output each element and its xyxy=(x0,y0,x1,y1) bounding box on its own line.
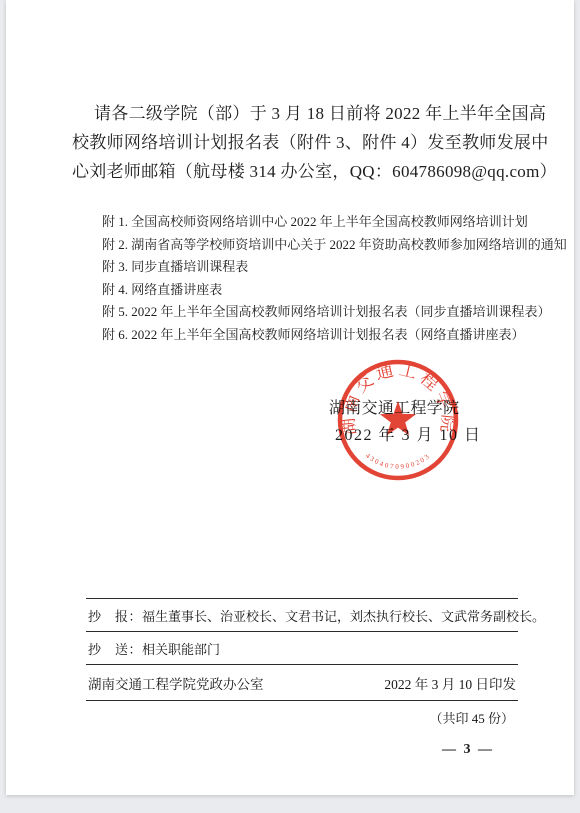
page-number: — 3 — xyxy=(442,742,494,758)
copy-report-label: 抄 报： xyxy=(88,609,142,624)
paragraph-line: 心刘老师邮箱（航母楼 314 办公室，QQ：604786098@qq.com） xyxy=(72,157,528,186)
attachment-item: 附 4. 网络直播讲座表 xyxy=(102,279,522,302)
document-page: 请各二级学院（部）于 3 月 18 日前将 2022 年上半年全国高 校教师网络… xyxy=(6,0,574,795)
official-seal-stamp-icon: 湖南交通工程学院 4304070900203 xyxy=(330,352,466,488)
attachment-item: 附 3. 同步直播培训课程表 xyxy=(102,256,522,279)
document-footer: 抄 报：福生董事长、治亚校长、文君书记，刘杰执行校长、文武常务副校长。 抄 送：… xyxy=(86,598,518,727)
attachment-item: 附 1. 全国高校师资网络培训中心 2022 年上半年全国高校教师网络培训计划 xyxy=(102,211,522,234)
copy-send-row: 抄 送：相关职能部门 xyxy=(86,631,518,664)
attachment-item: 附 2. 湖南省高等学校师资培训中心关于 2022 年资助高校教师参加网络培训的… xyxy=(102,234,522,257)
attachment-item: 附 5. 2022 年上半年全国高校教师网络培训计划报名表（同步直播培训课程表） xyxy=(102,301,522,324)
seal-star-icon xyxy=(380,401,416,435)
issuer-row: 湖南交通工程学院党政办公室 2022 年 3 月 10 日印发 xyxy=(86,664,518,700)
copy-report-value: 福生董事长、治亚校长、文君书记，刘杰执行校长、文武常务副校长。 xyxy=(142,609,545,624)
attachment-item: 附 6. 2022 年上半年全国高校教师网络培训计划报名表（网络直播讲座表） xyxy=(102,324,522,347)
copy-send-value: 相关职能部门 xyxy=(142,642,220,657)
issuing-office: 湖南交通工程学院党政办公室 xyxy=(88,673,264,693)
print-count-row: （共印 45 份） xyxy=(86,700,518,727)
paragraph-line: 请各二级学院（部）于 3 月 18 日前将 2022 年上半年全国高 xyxy=(72,99,528,128)
document-viewer: 请各二级学院（部）于 3 月 18 日前将 2022 年上半年全国高 校教师网络… xyxy=(0,0,580,813)
main-paragraph: 请各二级学院（部）于 3 月 18 日前将 2022 年上半年全国高 校教师网络… xyxy=(72,99,528,186)
copy-report-row: 抄 报：福生董事长、治亚校长、文君书记，刘杰执行校长、文武常务副校长。 xyxy=(86,598,518,631)
paragraph-line: 校教师网络培训计划报名表（附件 3、附件 4）发至教师发展中 xyxy=(72,128,528,157)
print-count: （共印 45 份） xyxy=(429,711,514,726)
seal-serial-number: 4304070900203 xyxy=(364,452,432,471)
print-date: 2022 年 3 月 10 日印发 xyxy=(384,673,516,693)
attachment-list: 附 1. 全国高校师资网络培训中心 2022 年上半年全国高校教师网络培训计划 … xyxy=(102,211,522,347)
copy-send-label: 抄 送： xyxy=(88,642,142,657)
